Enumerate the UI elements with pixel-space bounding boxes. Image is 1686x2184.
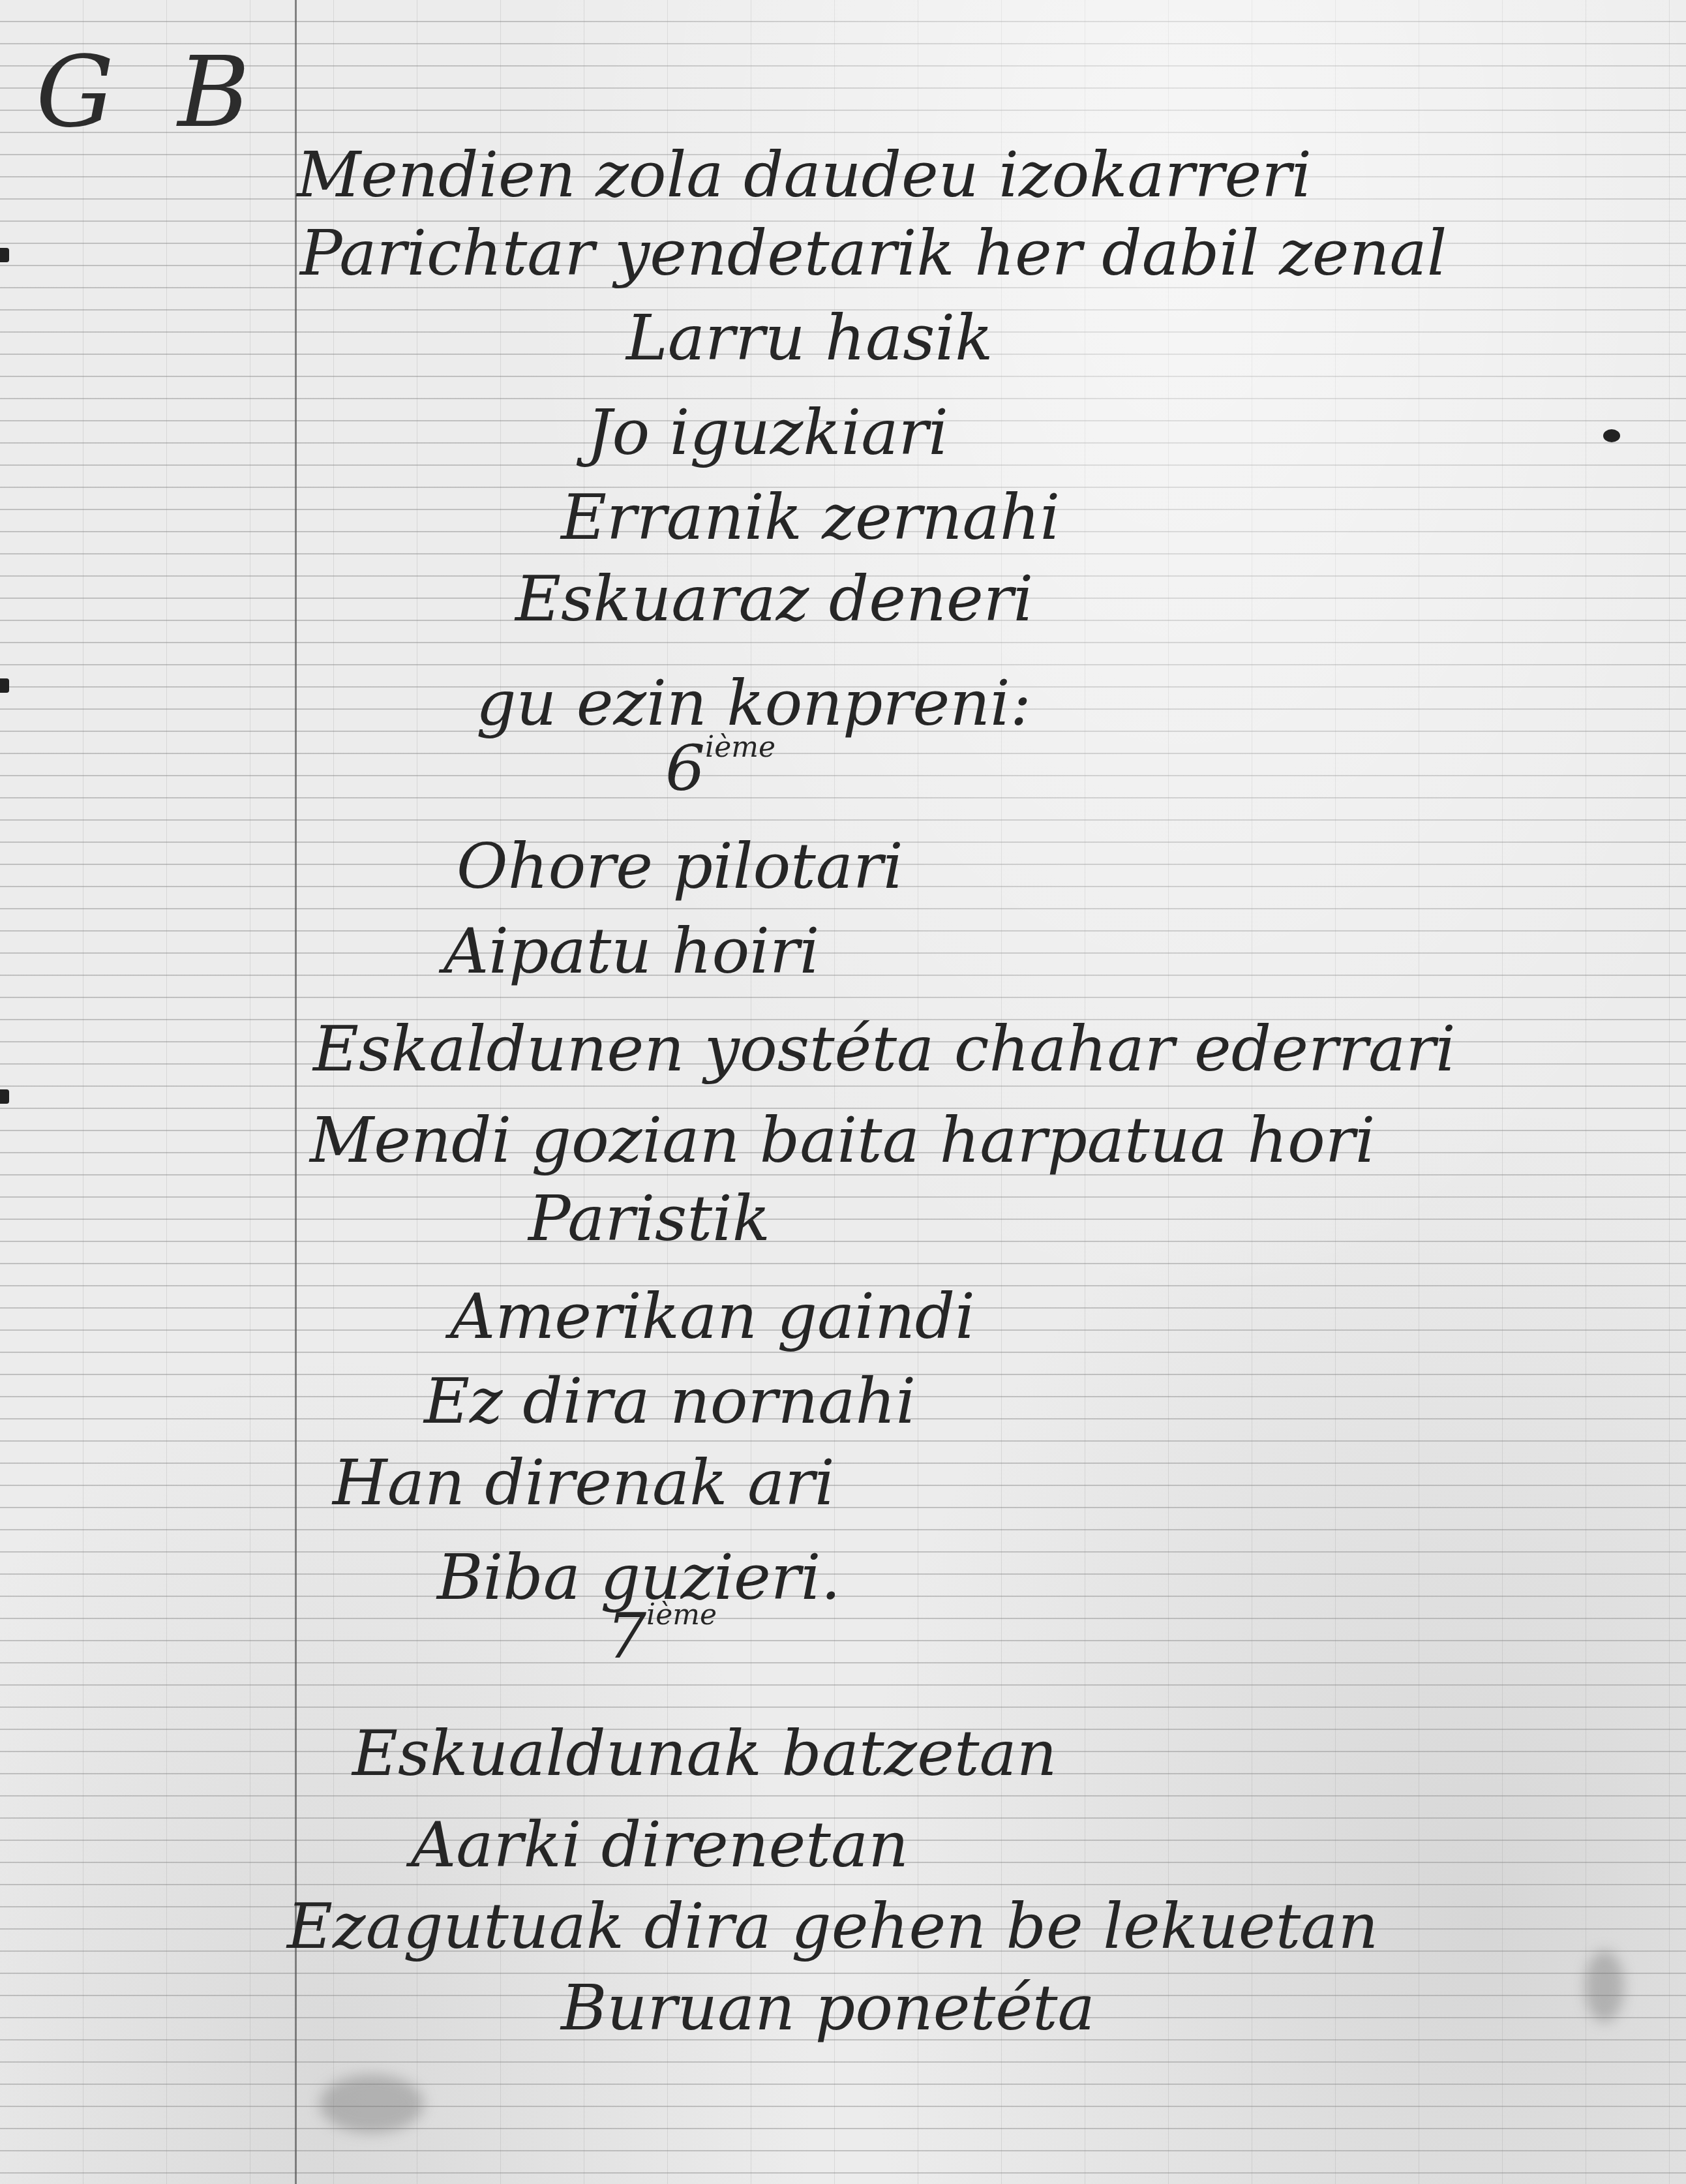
verse-line: Parichtar yendetarik her dabil zenal: [300, 222, 1447, 284]
verse-line: Larru hasik: [626, 307, 993, 369]
stanza-suffix: ième: [705, 731, 775, 764]
verse-line: Eskaldunen yostéta chahar ederrari: [313, 1018, 1456, 1080]
verse-line: Amerikan gaindi: [450, 1285, 975, 1348]
verse-line: Han direnak ari: [333, 1451, 835, 1514]
punch-hole-mark: [0, 248, 9, 262]
verse-line: Jo iguzkiari: [587, 401, 948, 464]
punch-hole-mark: [0, 678, 9, 693]
stanza-number: 7: [607, 1600, 646, 1673]
stanza-suffix: ième: [646, 1598, 717, 1631]
paper-stain: [320, 2074, 424, 2133]
monogram-initials: G B: [36, 36, 266, 149]
verse-line: Erranik zernahi: [561, 486, 1060, 549]
stanza-marker: 7ième: [607, 1605, 717, 1667]
verse-line: Mendi gozian baita harpatua hori: [310, 1109, 1375, 1172]
verse-line: Eskualdunak batzetan: [352, 1722, 1057, 1785]
verse-line: Eskuaraz deneri: [515, 568, 1033, 630]
margin-line: [295, 0, 297, 2184]
verse-line: Ezagutuak dira gehen be lekuetan: [287, 1895, 1378, 1958]
verse-line: Ez dira nornahi: [424, 1370, 916, 1433]
verse-line: Ohore pilotari: [457, 835, 903, 898]
punch-hole-mark: [0, 1089, 9, 1104]
verse-line: gu ezin konpreni:: [476, 672, 1031, 735]
verse-line: Mendien zola daudeu izokarreri: [297, 144, 1312, 206]
paper-stain: [1585, 1950, 1624, 2022]
stanza-marker: 6ième: [665, 737, 775, 800]
stanza-number: 6: [665, 732, 705, 805]
verse-line: Paristik: [528, 1187, 770, 1250]
verse-line: Buruan ponetéta: [561, 1977, 1095, 2039]
verse-line: Aipatu hoiri: [444, 920, 820, 982]
verse-line: Aarki direnetan: [411, 1813, 909, 1876]
notebook-page: G B Mendien zola daudeu izokarreri Paric…: [0, 0, 1686, 2184]
ink-spot: [1603, 429, 1620, 442]
